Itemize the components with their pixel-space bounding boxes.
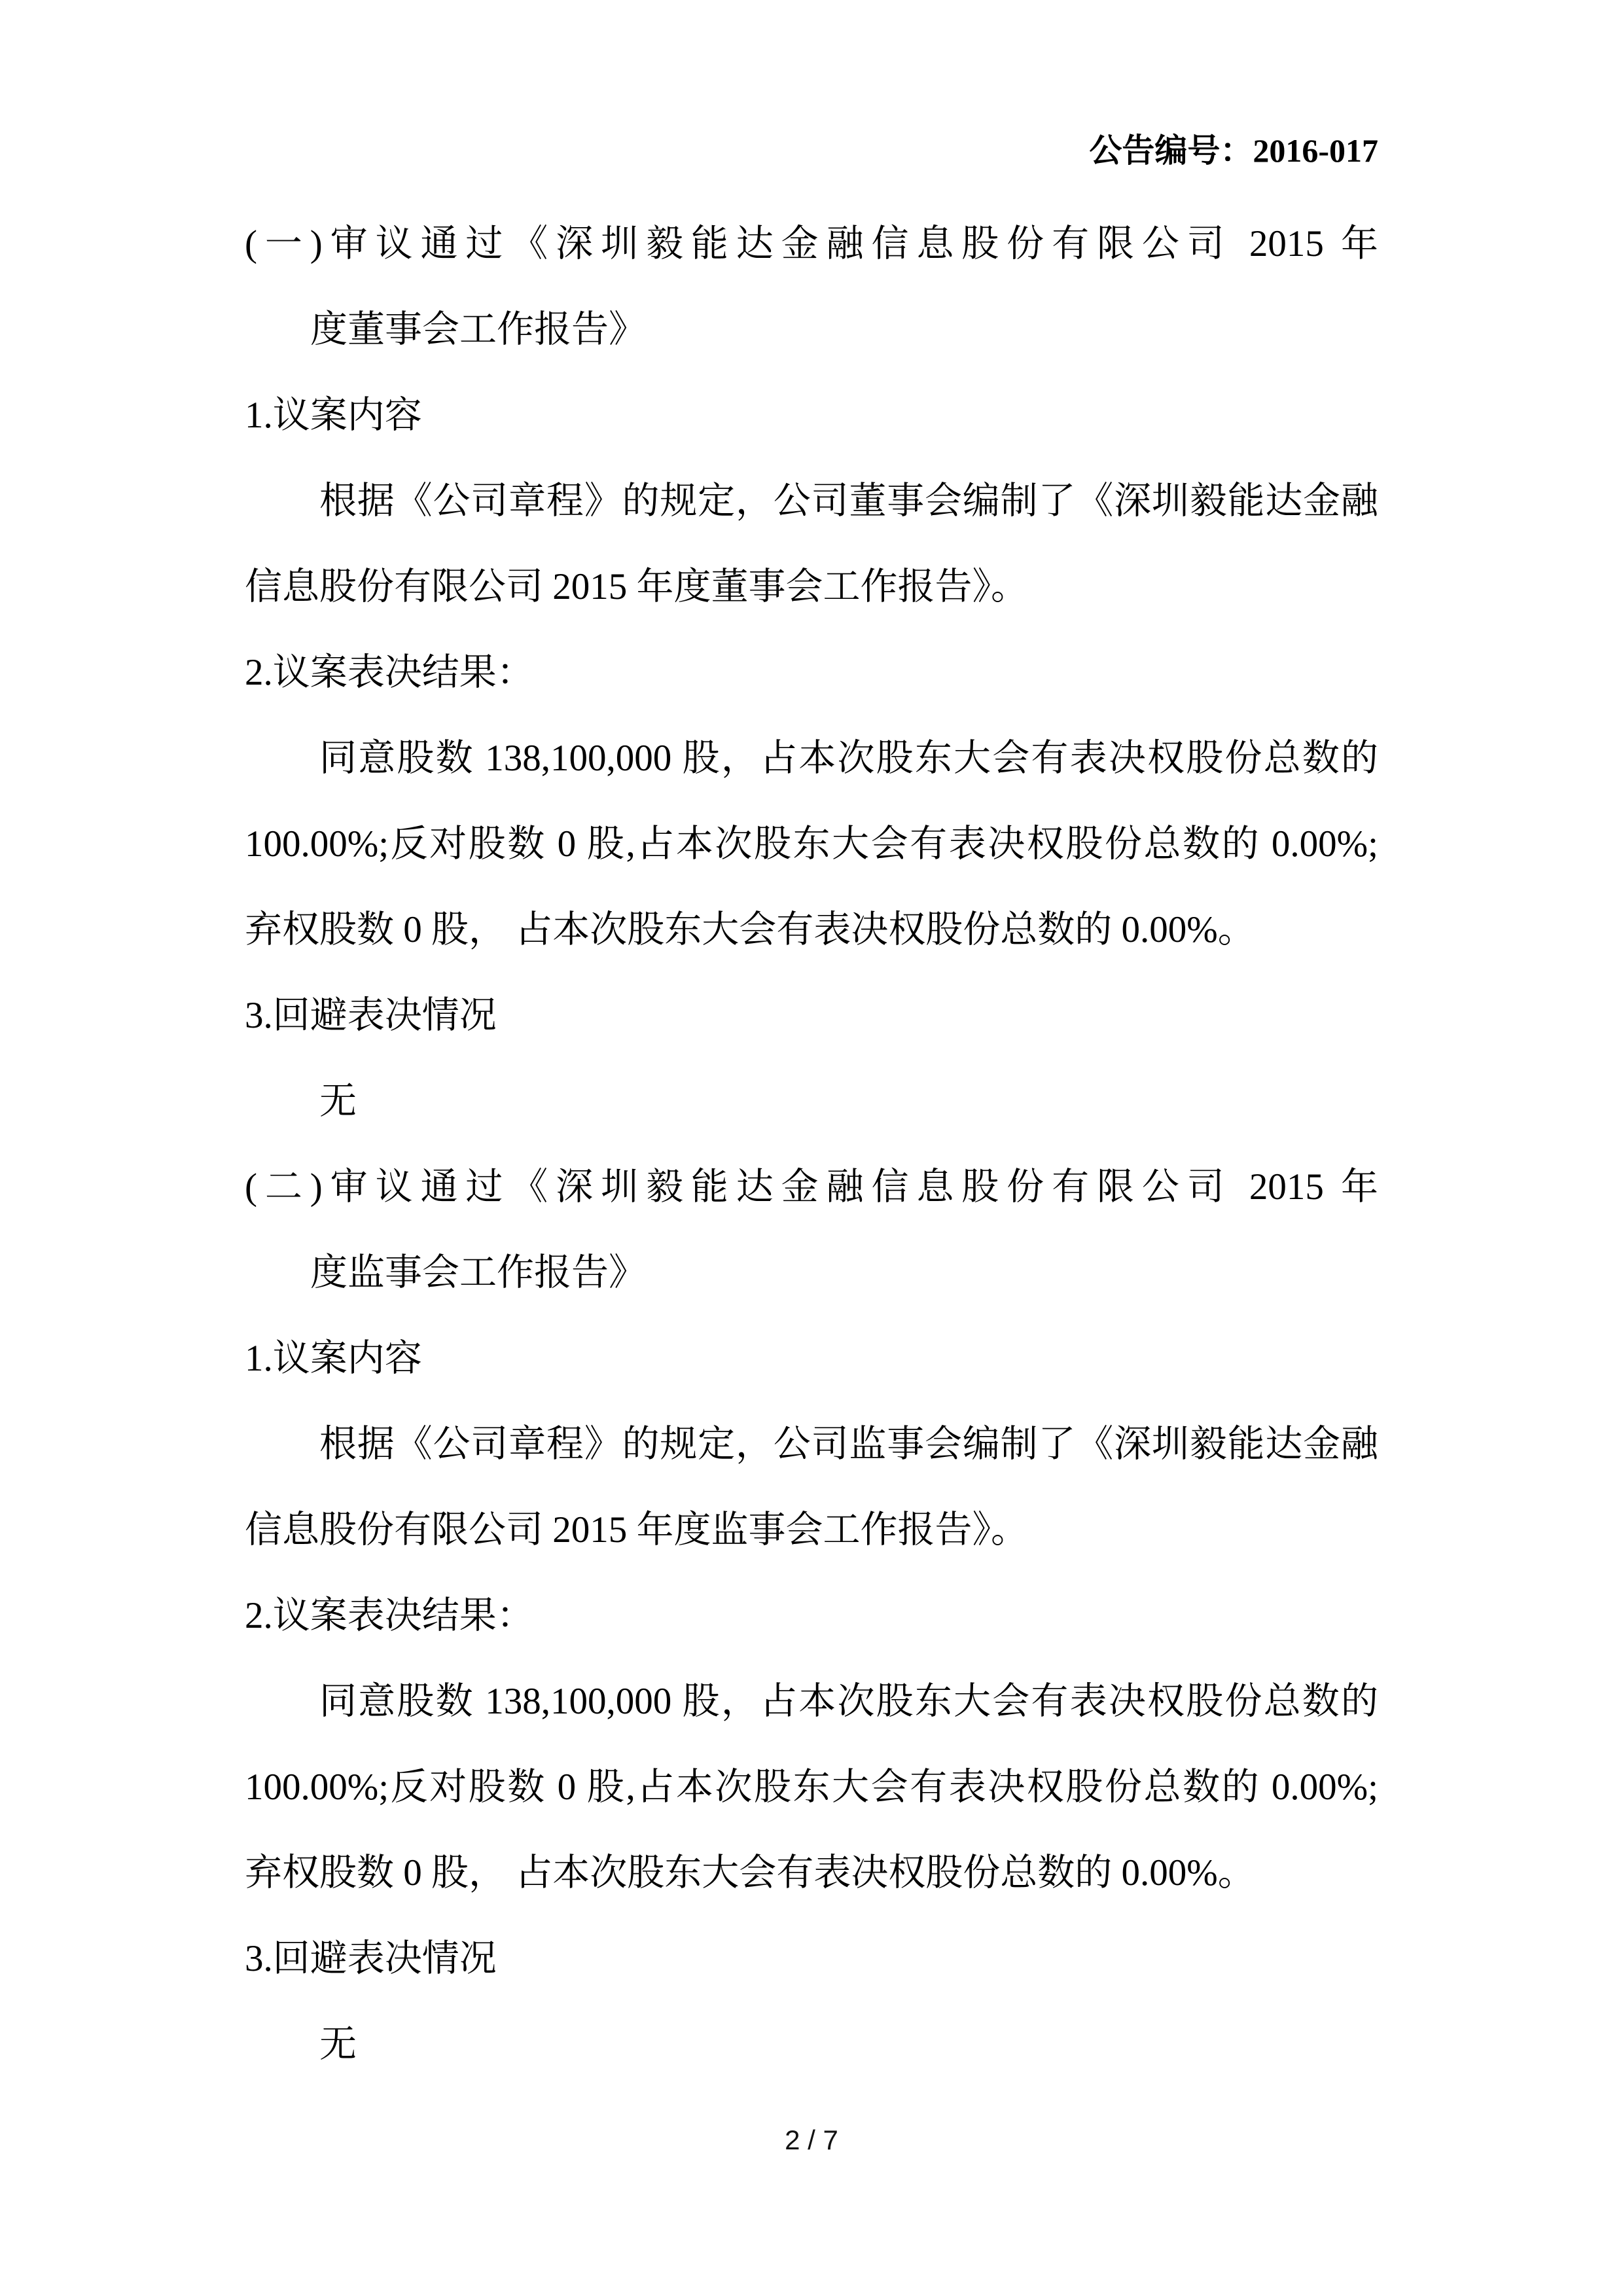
section-1-vote-line-2: 100.00%;反对股数 0 股,占本次股东大会有表决权股份总数的 0.00%; <box>245 801 1378 887</box>
section-2-item-2-label: 2.议案表决结果： <box>245 1573 1378 1659</box>
section-2-content-line-2: 信息股份有限公司 2015 年度监事会工作报告》。 <box>245 1487 1378 1573</box>
section-2-vote-line-2: 100.00%;反对股数 0 股,占本次股东大会有表决权股份总数的 0.00%; <box>245 1744 1378 1830</box>
section-1-item-3-value: 无 <box>245 1058 1378 1144</box>
section-1-item-2-label: 2.议案表决结果： <box>245 630 1378 715</box>
section-2-vote-line-3: 弃权股数 0 股， 占本次股东大会有表决权股份总数的 0.00%。 <box>245 1830 1378 1916</box>
section-1-vote-line-1: 同意股数 138,100,000 股，占本次股东大会有表决权股份总数的 <box>245 715 1378 801</box>
document-body: (一)审议通过《深圳毅能达金融信息股份有限公司 2015 年 度董事会工作报告》… <box>245 201 1378 2087</box>
section-1-content-line-2: 信息股份有限公司 2015 年度董事会工作报告》。 <box>245 544 1378 630</box>
section-2-item-3-value: 无 <box>245 2001 1378 2087</box>
section-2-item-1-label: 1.议案内容 <box>245 1316 1378 1401</box>
page-number: 2 / 7 <box>0 2101 1623 2179</box>
section-1-heading-line-1: (一)审议通过《深圳毅能达金融信息股份有限公司 2015 年 <box>245 201 1378 287</box>
announcement-number: 公告编号：2016-017 <box>245 115 1378 187</box>
section-1-content-line-1: 根据《公司章程》的规定，公司董事会编制了《深圳毅能达金融 <box>245 458 1378 544</box>
section-1-item-1-label: 1.议案内容 <box>245 372 1378 458</box>
section-2-vote-line-1: 同意股数 138,100,000 股，占本次股东大会有表决权股份总数的 <box>245 1659 1378 1744</box>
section-1-heading-line-2: 度董事会工作报告》 <box>245 287 1378 372</box>
section-2-heading-line-2: 度监事会工作报告》 <box>245 1230 1378 1316</box>
section-1-item-3-label: 3.回避表决情况 <box>245 973 1378 1058</box>
section-2-content-line-1: 根据《公司章程》的规定，公司监事会编制了《深圳毅能达金融 <box>245 1401 1378 1487</box>
section-2-item-3-label: 3.回避表决情况 <box>245 1916 1378 2001</box>
section-1-vote-line-3: 弃权股数 0 股， 占本次股东大会有表决权股份总数的 0.00%。 <box>245 887 1378 973</box>
document-page: 公告编号：2016-017 (一)审议通过《深圳毅能达金融信息股份有限公司 20… <box>0 0 1623 2296</box>
section-2-heading-line-1: (二)审议通过《深圳毅能达金融信息股份有限公司 2015 年 <box>245 1144 1378 1230</box>
